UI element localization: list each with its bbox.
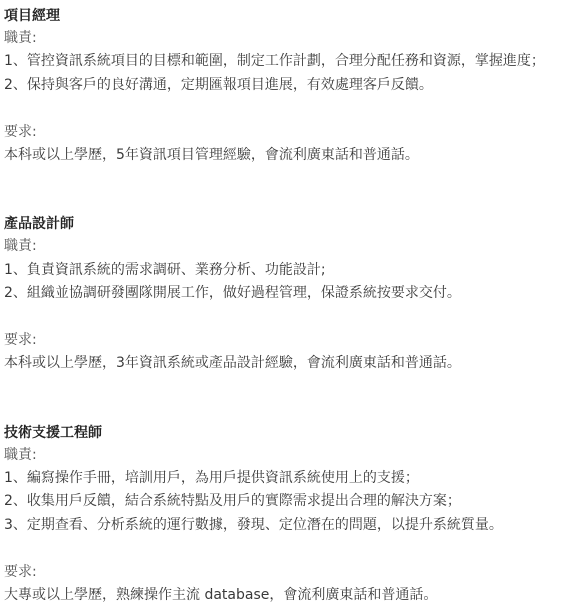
spacer bbox=[4, 537, 567, 560]
spacer bbox=[4, 97, 567, 120]
job-project-manager: 項目經理 職責: 1、管控資訊系統項目的目標和範圍，制定工作計劃，合理分配任務和… bbox=[4, 5, 567, 167]
duty-item: 1、管控資訊系統項目的目標和範圍，制定工作計劃，合理分配任務和資源，掌握進度； bbox=[4, 50, 567, 73]
duties-label: 職責: bbox=[4, 444, 567, 467]
job-title: 產品設計師 bbox=[4, 213, 567, 235]
job-title: 技術支援工程師 bbox=[4, 422, 567, 444]
requirements-text: 本科或以上學歷，5年資訊項目管理經驗，會流利廣東話和普通話。 bbox=[4, 144, 567, 167]
duties-label: 職責: bbox=[4, 235, 567, 258]
duty-item: 1、編寫操作手冊，培訓用戶，為用戶提供資訊系統使用上的支援； bbox=[4, 467, 567, 490]
duties-label: 職責: bbox=[4, 27, 567, 50]
duty-item: 1、負責資訊系統的需求調研、業務分析、功能設計; bbox=[4, 259, 567, 282]
job-product-designer: 產品設計師 職責: 1、負責資訊系統的需求調研、業務分析、功能設計; 2、組織並… bbox=[4, 213, 567, 375]
job-technical-support-engineer: 技術支援工程師 職責: 1、編寫操作手冊，培訓用戶，為用戶提供資訊系統使用上的支… bbox=[4, 422, 567, 608]
spacer bbox=[4, 306, 567, 329]
job-listings: 項目經理 職責: 1、管控資訊系統項目的目標和範圍，制定工作計劃，合理分配任務和… bbox=[0, 0, 567, 607]
requirements-label: 要求: bbox=[4, 329, 567, 352]
duty-item: 2、組織並協調研發團隊開展工作，做好過程管理，保證系統按要求交付。 bbox=[4, 282, 567, 305]
duty-item: 2、保持與客戶的良好溝通，定期匯報項目進展，有效處理客戶反饋。 bbox=[4, 74, 567, 97]
requirements-label: 要求: bbox=[4, 121, 567, 144]
requirements-text: 大專或以上學歷，熟練操作主流 database，會流利廣東話和普通話。 bbox=[4, 584, 567, 607]
duty-item: 2、收集用戶反饋，結合系統特點及用戶的實際需求提出合理的解決方案； bbox=[4, 490, 567, 513]
job-title: 項目經理 bbox=[4, 5, 567, 27]
duty-item: 3、定期查看、分析系統的運行數據，發現、定位潛在的問題，以提升系統質量。 bbox=[4, 514, 567, 537]
requirements-text: 本科或以上學歷，3年資訊系統或產品設計經驗，會流利廣東話和普通話。 bbox=[4, 352, 567, 375]
requirements-label: 要求: bbox=[4, 561, 567, 584]
